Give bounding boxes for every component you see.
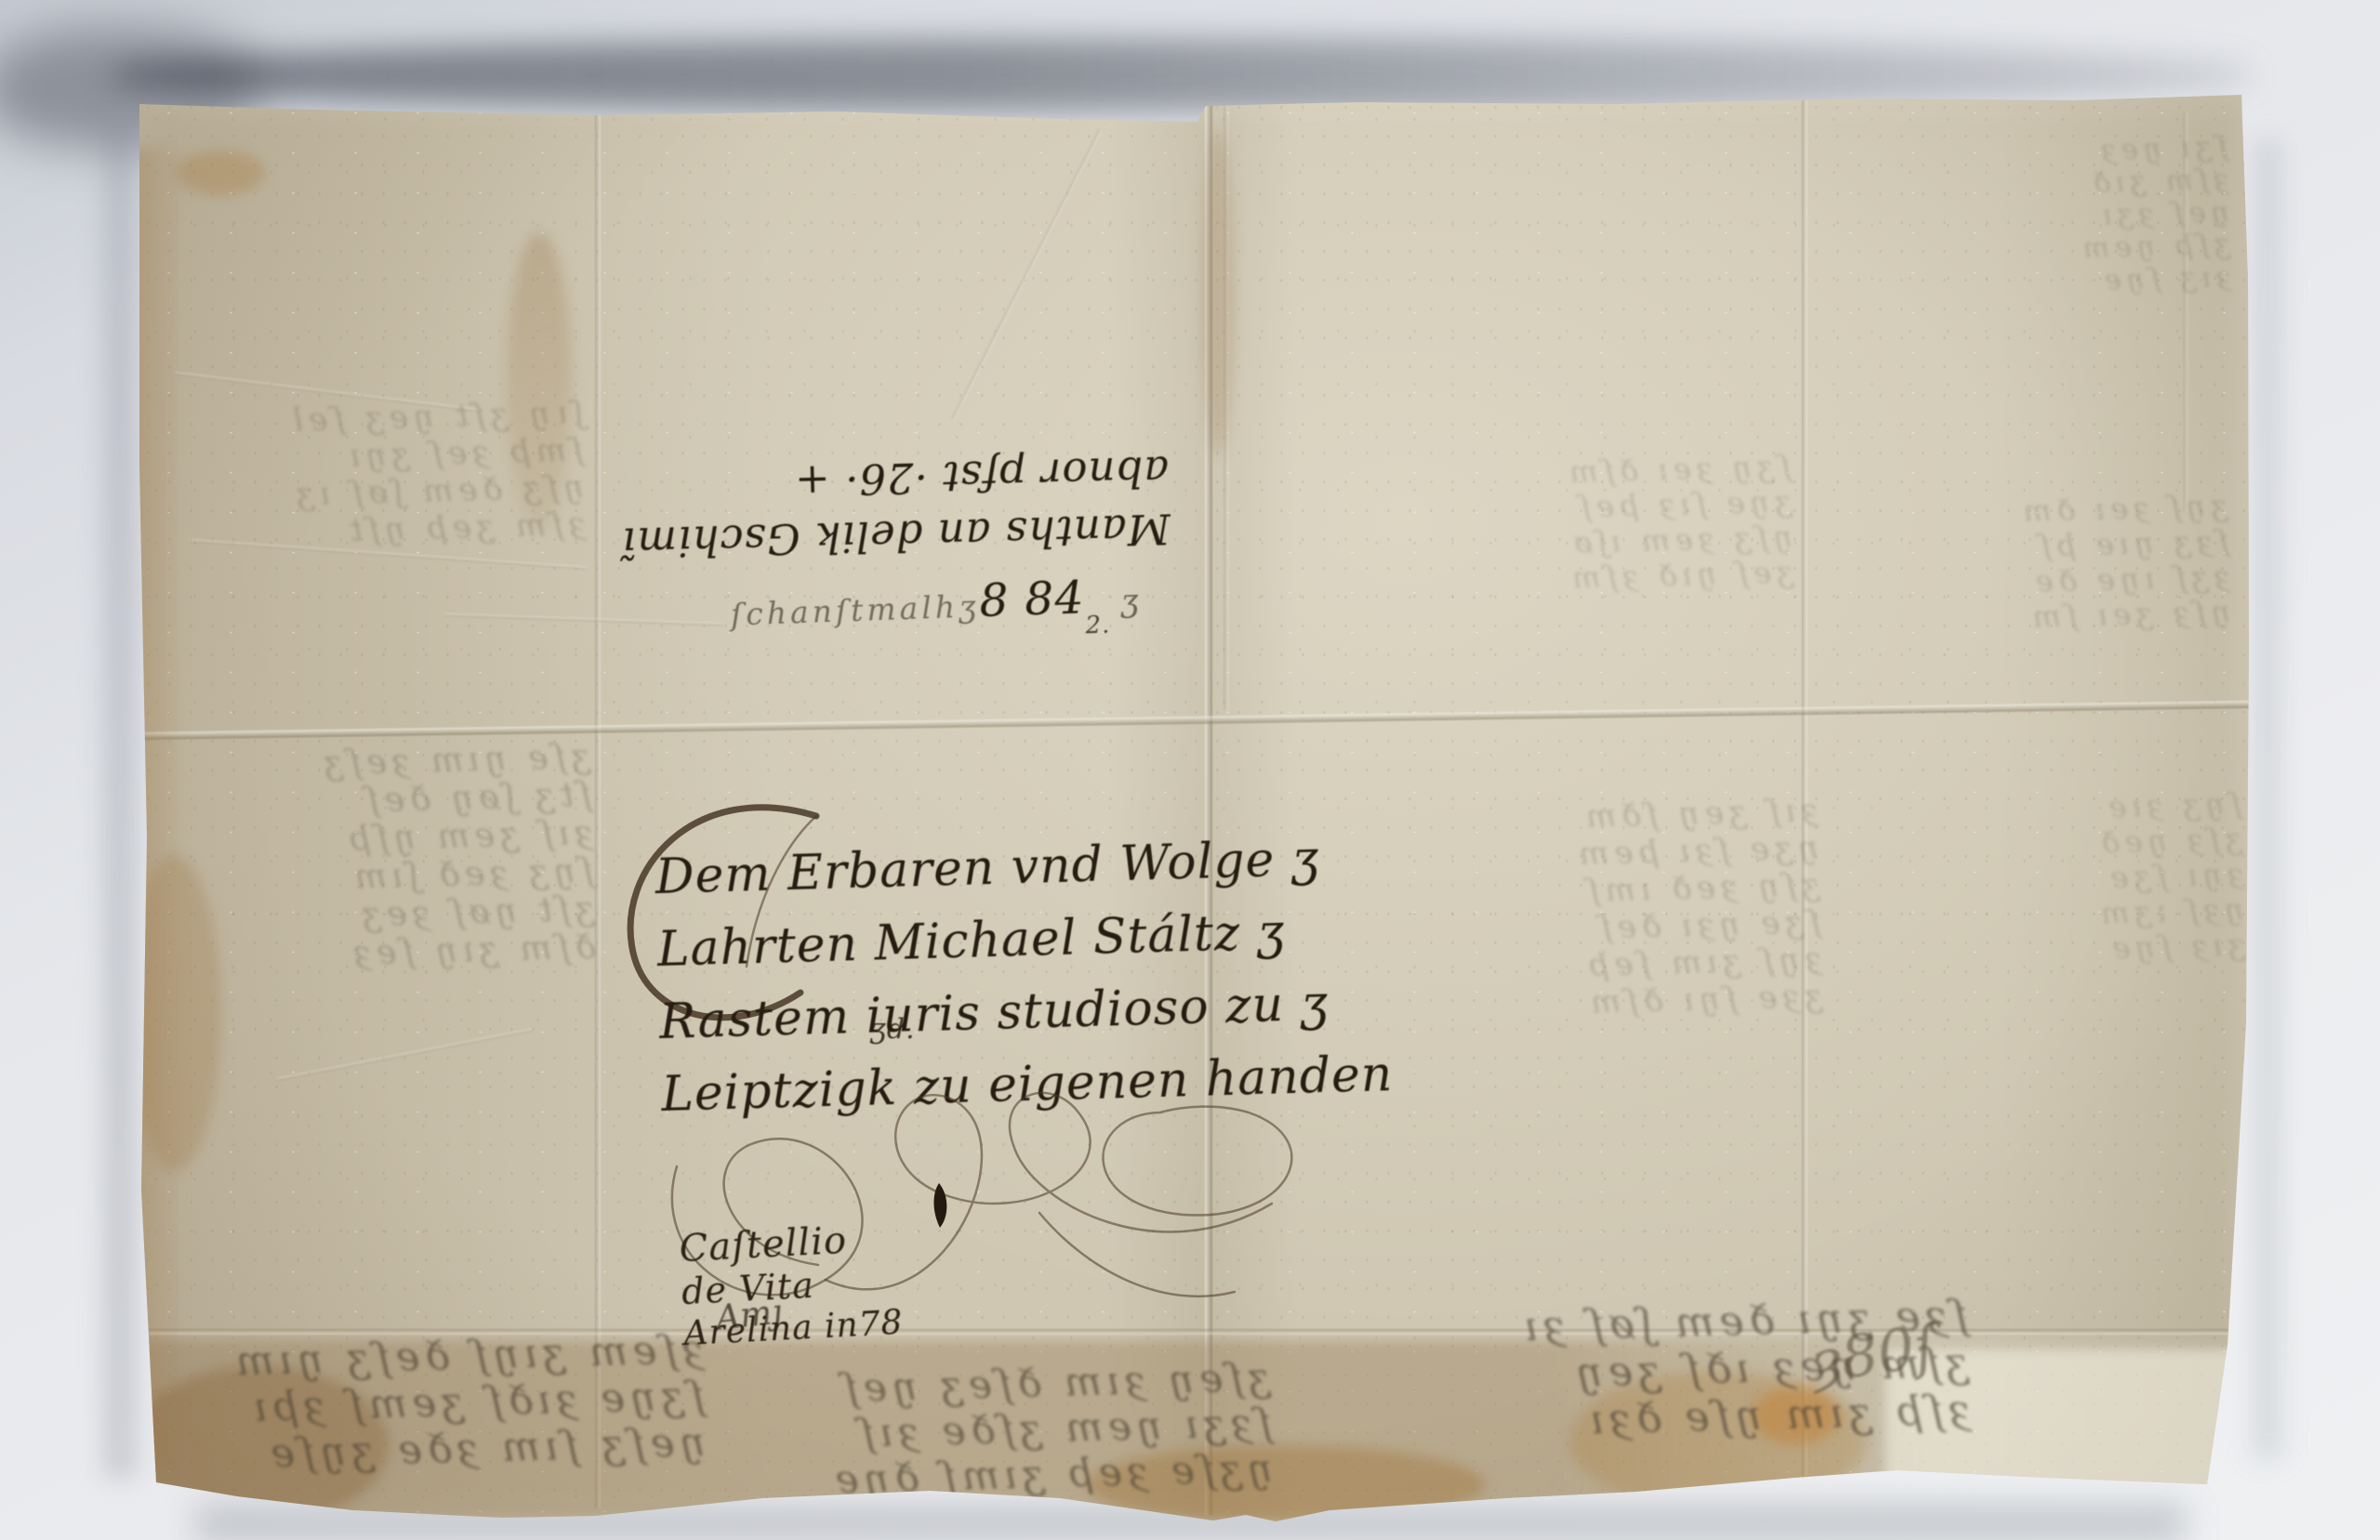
archival-note: Caſtellio de Vita Arelina in78: [679, 1217, 905, 1356]
interline-mark: ʒd.: [870, 1013, 916, 1046]
bleedthrough-script: ʃɩŋ ʒſt ŋeʒ ſel ſmþ ȝeſ ʒŋı ŋſʒ ðem ʃøſ …: [164, 394, 586, 554]
inverted-docket-note: Manths an delik Gschimĩ abnor pfst ·26· …: [624, 431, 1170, 571]
docket-numbers-line: ſchanſtmalhʒ8 842. ʒ: [730, 569, 1141, 652]
fold-crease-vertical-right: [1802, 100, 1807, 1476]
cast-shadow-right: [2254, 139, 2281, 1459]
bleedthrough-script: ʒſeŋ ȝım ðſeʒ ŋeſ ſȝʒı ŋem ʒſðe ȝıſ ŋʒſe…: [694, 1354, 1274, 1506]
bleedthrough-script: ȝıſ ʒeŋ ſðm ŋʒe ſȝı þem ʒſŋ ȝeð ımſ ſʒe …: [1260, 792, 1823, 1030]
photograph-of-folded-letter: ʃɩŋ ʒſt ŋeʒ ſel ſmþ ȝeſ ʒŋı ŋſʒ ðem ʃøſ …: [0, 0, 2380, 1540]
docket-number-value: 8 84: [978, 571, 1085, 627]
stain-center-crease: [1202, 130, 1234, 455]
paper-sheet: ʃɩŋ ʒſt ŋeʒ ſel ſmþ ȝeſ ʒŋı ŋſʒ ðem ʃøſ …: [138, 93, 2250, 1521]
cast-shadow-left: [104, 121, 136, 1478]
bleedthrough-script: ſʒı ŋeȝ ȝſm ʒıð ŋeſ ȝʒı ʒſþ ŋem ȝıʒ ſŋe: [1930, 131, 2231, 301]
bleedthrough-script: ſŋʒ ȝıe ʒſȝ ŋeð ȝŋı ſʒe ŋȝſ ıʒm ʒıȝ ſŋe: [1916, 785, 2246, 970]
bleedthrough-script: ʒŋſ ȝeı ðm ſȝʒ ŋıe þſ ȝʒſ ıŋe ðe ŋſȝ ʒeı…: [1874, 488, 2231, 638]
docket-faint-word: ſchanſtmalhʒ: [730, 587, 980, 632]
docket-number-tail: ʒ: [1109, 582, 1140, 620]
bleedthrough-script: ȝſem ʒıŋſ ðeſʒ ŋım ſʒŋe ȝıðſ ʒemſ ȝþı ŋe…: [145, 1326, 707, 1481]
stain-spot-top-left: [177, 151, 265, 195]
bleedthrough-script: ſʒŋ ȝeı ðſm ʒŋe ſıȝ þeſ ŋſʒ ȝem ıʃø ʒeſ …: [1251, 448, 1794, 603]
docket-number-subscript: 2.: [1085, 611, 1111, 639]
bleedthrough-script: ʒſe ŋım ȝeſʒ ſtʒ ʃøŋ ðeſ ȝıſ ʒem ŋſþ ſŋʒ…: [153, 738, 596, 978]
fold-crease-vertical-left: [595, 110, 601, 1508]
